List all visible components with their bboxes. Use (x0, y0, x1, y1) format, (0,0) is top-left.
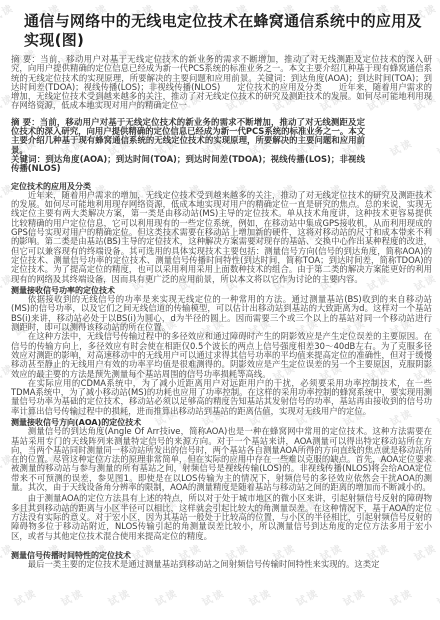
section-aoa: 测量接收信号方向(AOA)的定位技术 测量信号的到达角度(Angle Of Ar… (0, 418, 440, 541)
watermark-stamp: 试读 (340, 584, 368, 609)
abstract-block: 摘 要：当前，移动用户对基于无线定位技术的新业务的需求不断增加，推动了对无线测距… (11, 118, 365, 174)
summary-paragraph: 摘 要：当前，移动用户对基于无线定位技术的新业务的需求不断增加，推动了对无线测距… (11, 55, 432, 111)
watermark-stamp: 试读 (293, 584, 321, 609)
paragraph: 近年来，随着用户需求的增加，无线定位技术受到越来越多的关注，推动了对无线定位技术… (11, 191, 432, 284)
paragraph: 在实际应用的CDMA系统中，为了减小近距离用户对远距用户的干扰，必须要采用功率控… (11, 379, 432, 416)
abstract-keywords: 关键词：到达角度(AOA)；到达时间(TOA)；到达时间差(TDOA)；视线传播… (11, 155, 365, 174)
paragraph: 由于测量AOA的定位方法具有上述的特点，所以对于处于城市地区的微小区来讲，引起射… (11, 494, 432, 540)
paragraph: 最后一类主要的定位技术是通过测量基站到移动站之间射频信号传输时间特性来实现的。这… (11, 560, 432, 569)
page-title: 通信与网络中的无线电定位技术在蜂窝通信系统中的应用及实现(图) (24, 12, 432, 50)
abstract-text: 摘 要：当前，移动用户对基于无线定位技术的新业务的需求不断增加，推动了对无线测距… (11, 118, 365, 155)
section-time-characteristics: 测量信号传播时间特性的定位技术 最后一类主要的定位技术是通过测量基站到移动站之间… (0, 551, 440, 570)
paragraph: 依据接收到的无线信号的功率是来实现无线定位的一种常用的方法。通过测量基站(BS)… (11, 295, 432, 332)
watermark-stamp: 试读 (105, 584, 133, 609)
section-signal-power: 测量接收信号功率的定位技术 依据接收到的无线信号的功率是来实现无线定位的一种常用… (0, 286, 440, 416)
watermark-stamp: 试读 (387, 584, 415, 609)
paragraph: 在这种方法中，无线信号传输过程中的多径效应和通过障碍时产生的阴影效应是产生定位误… (11, 332, 432, 378)
document-page: 通信与网络中的无线电定位技术在蜂窝通信系统中的应用及实现(图) 摘 要：当前，移… (0, 12, 440, 569)
watermark-stamp: 试读 (152, 584, 180, 609)
watermark-stamp: 试读 (434, 584, 440, 609)
watermark-stamp: 试读 (58, 584, 86, 609)
watermark-stamp: 试读 (11, 584, 39, 609)
watermark-stamp: 试读 (199, 584, 227, 609)
section-classification: 定位技术的应用及分类 近年来，随着用户需求的增加，无线定位技术受到越来越多的关注… (0, 182, 440, 284)
watermark-stamp: 试读 (246, 584, 274, 609)
paragraph: 测量信号的到达角度(Angle Of Arr技ive，简称AOA)也是一种在蜂窝… (11, 427, 432, 492)
